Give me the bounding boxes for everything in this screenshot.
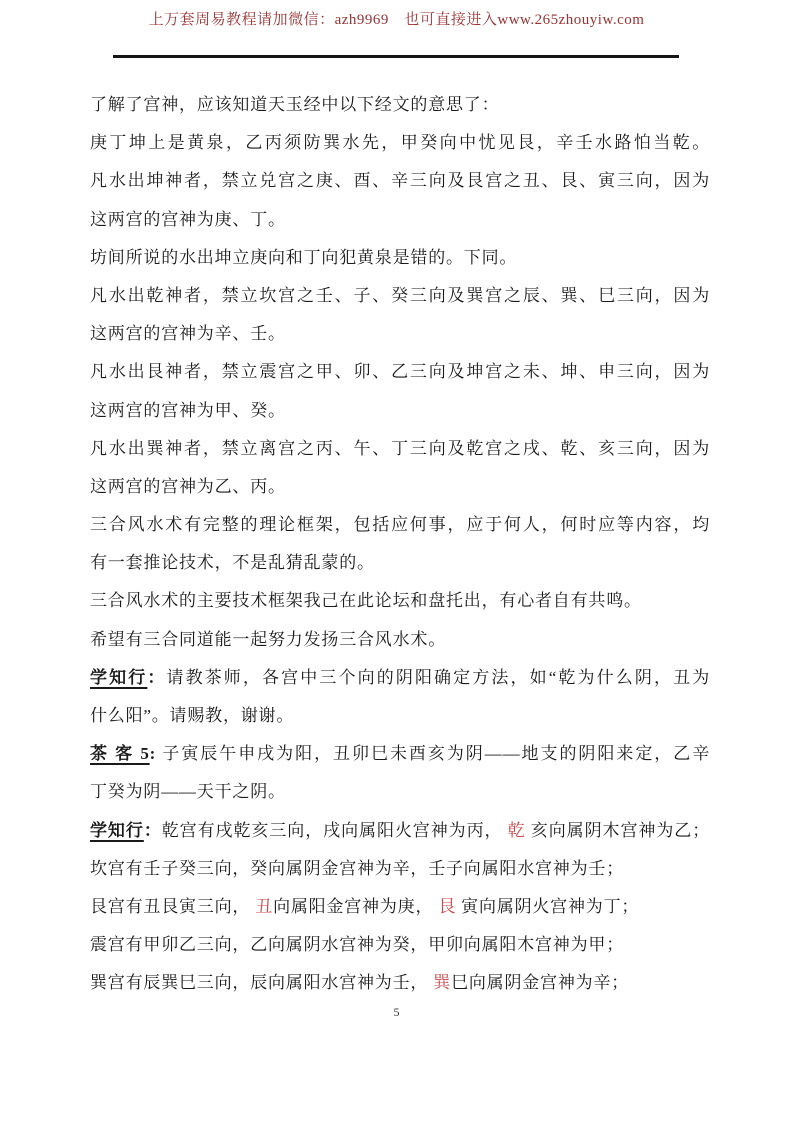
text-segment: 亥向属阴木宫神为乙； xyxy=(526,821,710,840)
text-segment: 坊间所说的水出坤立庚向和丁向犯黄泉是错的。下同。 xyxy=(90,248,517,267)
text-line: 凡水出坤神者，禁立兑宫之庚、酉、辛三向及艮宫之丑、艮、寅三向，因为 xyxy=(90,162,710,200)
text-segment: 巳向属阴金宫神为辛； xyxy=(451,973,629,992)
text-line: 学知行：乾宫有戌乾亥三向，戌向属阳火宫神为丙， 乾 亥向属阴木宫神为乙； xyxy=(90,812,710,850)
text-segment: 了解了宫神，应该知道天玉经中以下经文的意思了： xyxy=(90,95,499,114)
text-line: 艮宫有丑艮寅三向， 丑向属阳金宫神为庚， 艮 寅向属阴火宫神为丁； xyxy=(90,888,710,926)
text-line: 三合风水术的主要技术框架我己在此论坛和盘托出，有心者自有共鸣。 xyxy=(90,582,710,620)
text-segment: 三合风水术有完整的理论框架，包括应何事，应于何人，何时应等内容，均 xyxy=(90,515,710,534)
text-line: 坎宫有壬子癸三向，癸向属阴金宫神为辛，壬子向属阳水宫神为壬； xyxy=(90,850,710,888)
highlighted-char: 艮 xyxy=(438,897,456,916)
watermark-header: 上万套周易教程请加微信：azh9969 也可直接进入www.265zhouyiw… xyxy=(0,8,793,29)
speaker-name: 学知行 xyxy=(90,668,147,687)
document-page: 上万套周易教程请加微信：azh9969 也可直接进入www.265zhouyiw… xyxy=(0,0,793,1123)
document-body: 了解了宫神，应该知道天玉经中以下经文的意思了：庚丁坤上是黄泉，乙丙须防巽水先，甲… xyxy=(90,86,710,1003)
text-segment: 有一套推论技术，不是乱猜乱蒙的。 xyxy=(90,553,375,572)
text-segment: : xyxy=(150,744,163,763)
text-line: 三合风水术有完整的理论框架，包括应何事，应于何人，何时应等内容，均 xyxy=(90,506,710,544)
text-segment: 这两宫的宫神为乙、丙。 xyxy=(90,477,286,496)
text-line: 学知行：请教茶师，各宫中三个向的阴阳确定方法，如“乾为什么阴，丑为 xyxy=(90,659,710,697)
text-line: 茶 客 5: 子寅辰午申戌为阳，丑卯巳未酉亥为阴——地支的阴阳来定，乙辛 xyxy=(90,735,710,773)
text-line: 了解了宫神，应该知道天玉经中以下经文的意思了： xyxy=(90,86,710,124)
speaker-name: 学知行 xyxy=(90,821,144,840)
text-line: 这两宫的宫神为庚、丁。 xyxy=(90,201,710,239)
text-line: 丁癸为阴——天干之阴。 xyxy=(90,773,710,811)
highlighted-char: 乾 xyxy=(508,821,526,840)
text-segment: 请教茶师，各宫中三个向的阴阳确定方法，如“乾为什么阴，丑为 xyxy=(166,668,710,687)
text-line: 巽宫有辰巽巳三向，辰向属阳水宫神为壬， 巽巳向属阴金宫神为辛； xyxy=(90,964,710,1002)
text-segment: 寅向属阴火宫神为丁； xyxy=(456,897,639,916)
text-segment: 这两宫的宫神为庚、丁。 xyxy=(90,210,286,229)
text-segment: 艮宫有丑艮寅三向， xyxy=(90,897,255,916)
text-line: 凡水出乾神者，禁立坎宫之壬、子、癸三向及巽宫之辰、巽、巳三向，因为 xyxy=(90,277,710,315)
text-segment: 坎宫有壬子癸三向，癸向属阴金宫神为辛，壬子向属阳水宫神为壬； xyxy=(90,859,624,878)
text-line: 庚丁坤上是黄泉，乙丙须防巽水先，甲癸向中忧见艮，辛壬水路怕当乾。 xyxy=(90,124,710,162)
text-line: 有一套推论技术，不是乱猜乱蒙的。 xyxy=(90,544,710,582)
highlighted-char: 丑 xyxy=(255,897,273,916)
text-segment: 凡水出艮神者，禁立震宫之甲、卯、乙三向及坤宫之未、坤、申三向，因为 xyxy=(90,362,710,381)
text-line: 这两宫的宫神为甲、癸。 xyxy=(90,392,710,430)
page-number: 5 xyxy=(0,1005,793,1020)
text-segment: 这两宫的宫神为甲、癸。 xyxy=(90,401,286,420)
text-segment: 震宫有甲卯乙三向，乙向属阴水宫神为癸，甲卯向属阳木宫神为甲； xyxy=(90,935,624,954)
text-segment: 庚丁坤上是黄泉，乙丙须防巽水先，甲癸向中忧见艮，辛壬水路怕当乾。 xyxy=(90,133,710,152)
text-line: 凡水出巽神者，禁立离宫之丙、午、丁三向及乾宫之戌、乾、亥三向，因为 xyxy=(90,430,710,468)
text-line: 这两宫的宫神为乙、丙。 xyxy=(90,468,710,506)
text-segment: 乾宫有戌乾亥三向，戌向属阳火宫神为丙， xyxy=(162,821,508,840)
text-line: 凡水出艮神者，禁立震宫之甲、卯、乙三向及坤宫之未、坤、申三向，因为 xyxy=(90,353,710,391)
text-segment: ： xyxy=(144,821,162,840)
speaker-name: 茶 客 5 xyxy=(90,744,150,763)
text-segment: 凡水出坤神者，禁立兑宫之庚、酉、辛三向及艮宫之丑、艮、寅三向，因为 xyxy=(90,171,710,190)
header-divider xyxy=(113,55,679,58)
text-segment: 三合风水术的主要技术框架我己在此论坛和盘托出，有心者自有共鸣。 xyxy=(90,591,642,610)
text-segment: 凡水出巽神者，禁立离宫之丙、午、丁三向及乾宫之戌、乾、亥三向，因为 xyxy=(90,439,710,458)
text-line: 什么阳”。请赐教，谢谢。 xyxy=(90,697,710,735)
text-line: 这两宫的宫神为辛、壬。 xyxy=(90,315,710,353)
text-line: 震宫有甲卯乙三向，乙向属阴水宫神为癸，甲卯向属阳木宫神为甲； xyxy=(90,926,710,964)
text-segment: 希望有三合同道能一起努力发扬三合风水术。 xyxy=(90,630,446,649)
text-segment: 这两宫的宫神为辛、壬。 xyxy=(90,324,286,343)
text-segment: 向属阳金宫神为庚， xyxy=(273,897,438,916)
text-segment: 什么阳”。请赐教，谢谢。 xyxy=(90,706,294,725)
text-segment: 丁癸为阴——天干之阴。 xyxy=(90,782,286,801)
text-segment: 子寅辰午申戌为阳，丑卯巳未酉亥为阴——地支的阴阳来定，乙辛 xyxy=(162,744,710,763)
text-segment: 凡水出乾神者，禁立坎宫之壬、子、癸三向及巽宫之辰、巽、巳三向，因为 xyxy=(90,286,710,305)
text-line: 坊间所说的水出坤立庚向和丁向犯黄泉是错的。下同。 xyxy=(90,239,710,277)
highlighted-char: 巽 xyxy=(433,973,451,992)
text-segment: 巽宫有辰巽巳三向，辰向属阳水宫神为壬， xyxy=(90,973,433,992)
text-line: 希望有三合同道能一起努力发扬三合风水术。 xyxy=(90,621,710,659)
text-segment: ： xyxy=(147,668,166,687)
